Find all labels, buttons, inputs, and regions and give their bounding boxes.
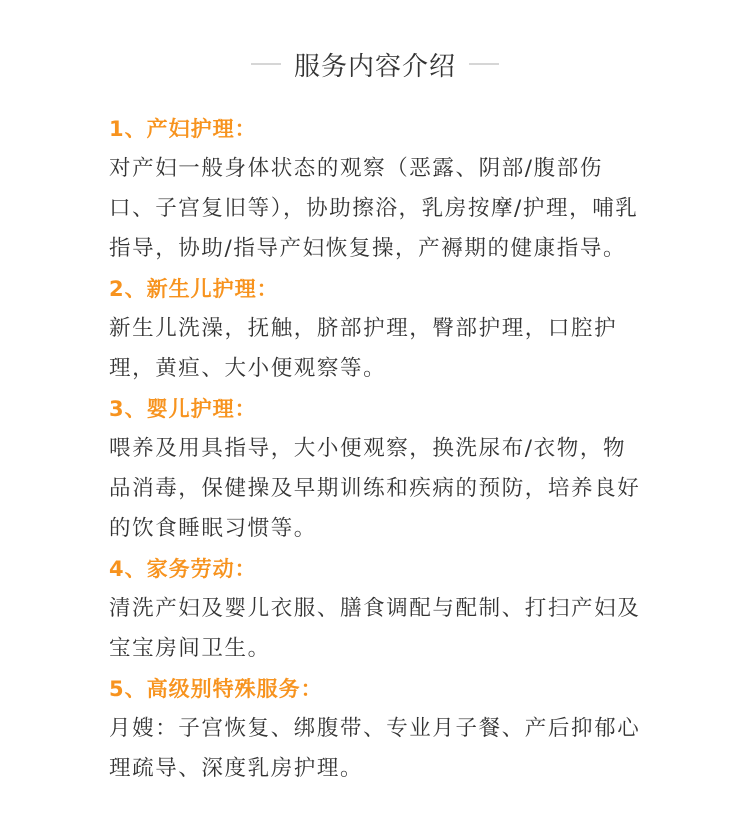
section-body: 对产妇一般身体状态的观察（恶露、阴部/腹部伤口、子宫复旧等），协助擦浴，乳房按摩… bbox=[109, 149, 649, 269]
section-body: 清洗产妇及婴儿衣服、膳食调配与配制、打扫产妇及宝宝房间卫生。 bbox=[109, 589, 649, 669]
service-premium: 5、高级别特殊服务： 月嫂：子宫恢复、绑腹带、专业月子餐、产后抑郁心理疏导、深度… bbox=[109, 669, 649, 789]
section-body: 喂养及用具指导，大小便观察，换洗尿布/衣物，物品消毒，保健操及早期训练和疾病的预… bbox=[109, 429, 649, 549]
section-title: 1、产妇护理： bbox=[109, 109, 649, 149]
section-title: 2、新生儿护理： bbox=[109, 269, 649, 309]
section-title: 5、高级别特殊服务： bbox=[109, 669, 649, 709]
service-maternal-care: 1、产妇护理： 对产妇一般身体状态的观察（恶露、阴部/腹部伤口、子宫复旧等），协… bbox=[109, 109, 649, 269]
section-body: 月嫂：子宫恢复、绑腹带、专业月子餐、产后抑郁心理疏导、深度乳房护理。 bbox=[109, 709, 649, 789]
left-divider bbox=[251, 63, 281, 65]
service-infant-care: 3、婴儿护理： 喂养及用具指导，大小便观察，换洗尿布/衣物，物品消毒，保健操及早… bbox=[109, 389, 649, 549]
section-title: 4、家务劳动： bbox=[109, 549, 649, 589]
page-title: 服务内容介绍 bbox=[294, 46, 456, 83]
right-divider bbox=[469, 63, 499, 65]
section-body: 新生儿洗澡，抚触，脐部护理，臀部护理，口腔护理，黄疸、大小便观察等。 bbox=[109, 309, 649, 389]
service-housework: 4、家务劳动： 清洗产妇及婴儿衣服、膳食调配与配制、打扫产妇及宝宝房间卫生。 bbox=[109, 549, 649, 669]
section-header: 服务内容介绍 bbox=[0, 42, 750, 86]
service-list: 1、产妇护理： 对产妇一般身体状态的观察（恶露、阴部/腹部伤口、子宫复旧等），协… bbox=[109, 109, 649, 789]
section-title: 3、婴儿护理： bbox=[109, 389, 649, 429]
service-newborn-care: 2、新生儿护理： 新生儿洗澡，抚触，脐部护理，臀部护理，口腔护理，黄疸、大小便观… bbox=[109, 269, 649, 389]
